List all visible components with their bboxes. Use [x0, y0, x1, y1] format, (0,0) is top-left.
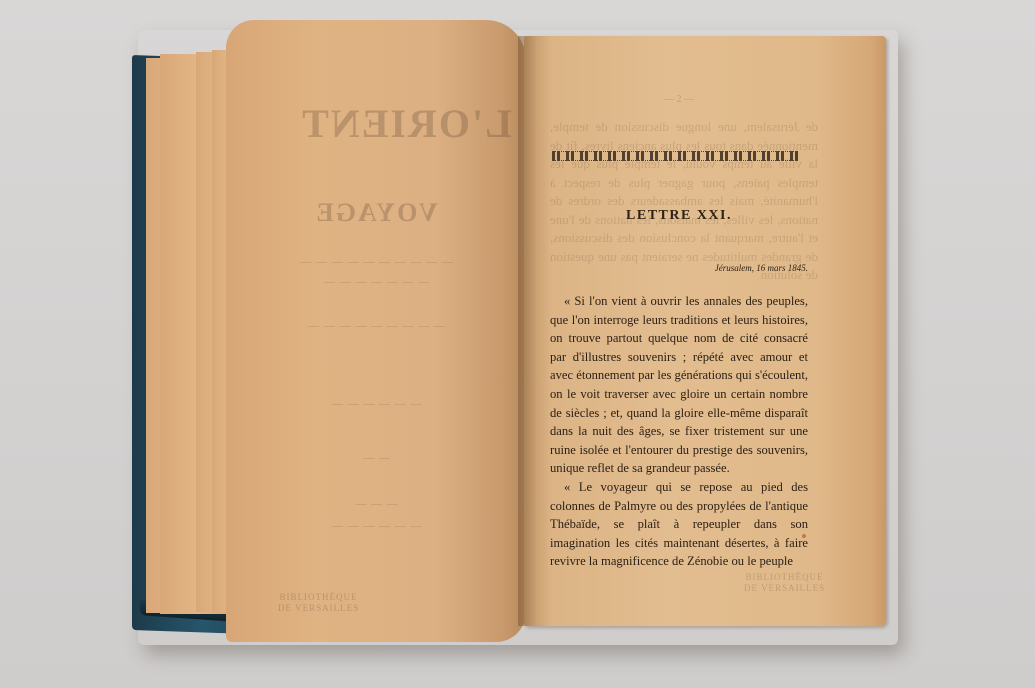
stamp-line: BIBLIOTHÈQUE: [278, 592, 359, 603]
dateline: Jérusalem, 16 mars 1845.: [715, 263, 808, 273]
book-photo-scene: L'ORIENT VOYAGE — — — — — — — — — — — — …: [0, 0, 1035, 688]
left-page: L'ORIENT VOYAGE — — — — — — — — — — — — …: [226, 20, 526, 642]
ornamental-rule: [552, 151, 798, 161]
show-through-line: — — — — — —: [226, 398, 526, 410]
stamp-line: DE VERSAILLES: [744, 583, 825, 594]
body-text: « Si l'on vient à ouvrir les annales des…: [550, 292, 808, 571]
foxing-spot: [802, 534, 806, 538]
show-through-title: L'ORIENT: [256, 100, 526, 147]
library-stamp-left: BIBLIOTHÈQUE DE VERSAILLES: [278, 592, 359, 614]
show-through-line: — — — — — — — — — —: [226, 256, 526, 268]
book-gutter: [518, 36, 550, 626]
right-page: — 2 — de Jérusalem, une longue discussio…: [524, 36, 886, 626]
show-through-subtitle: VOYAGE: [226, 198, 526, 228]
show-through-line: — — — — — — — — —: [226, 320, 526, 332]
paragraph: « Le voyageur qui se repose au pied des …: [550, 478, 808, 571]
show-through-line: — —: [226, 452, 526, 464]
library-stamp-right: BIBLIOTHÈQUE DE VERSAILLES: [744, 572, 825, 594]
page-number: — 2 —: [664, 94, 694, 105]
show-through-line: — — — — — — —: [226, 276, 526, 288]
show-through-text: de Jérusalem, une longue discussion de t…: [550, 118, 818, 285]
stamp-line: BIBLIOTHÈQUE: [744, 572, 825, 583]
show-through-line: — — —: [226, 498, 526, 510]
show-through-line: — — — — — —: [226, 520, 526, 532]
stamp-line: DE VERSAILLES: [278, 603, 359, 614]
letter-heading: LETTRE XXI.: [524, 208, 834, 224]
paragraph: « Si l'on vient à ouvrir les annales des…: [550, 292, 808, 478]
